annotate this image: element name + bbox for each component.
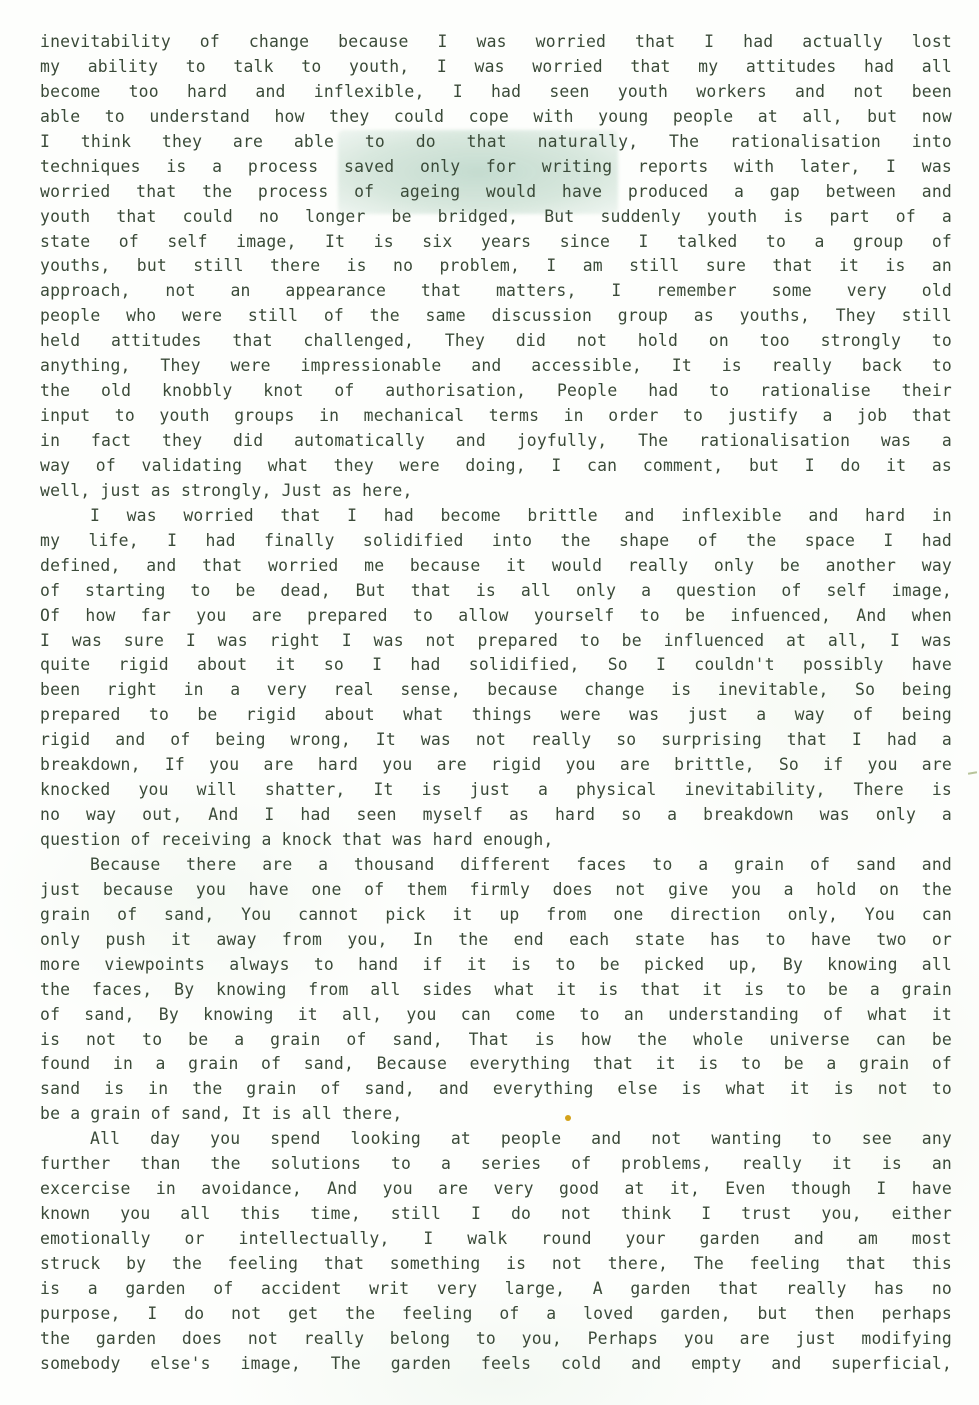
text-line: prepared to be rigid about what things w…	[40, 703, 952, 728]
text-line: been right in a very real sense, because…	[40, 678, 952, 703]
text-line: emotionally or intellectually, I walk ro…	[40, 1227, 952, 1252]
text-line: excercise in avoidance, And you are very…	[40, 1177, 952, 1202]
text-line: people who were still of the same discus…	[40, 304, 952, 329]
text-line: inevitability of change because I was wo…	[40, 30, 952, 55]
text-line: the garden does not really belong to you…	[40, 1327, 952, 1352]
text-line: I was worried that I had become brittle …	[40, 504, 952, 529]
text-line: known you all this time, still I do not …	[40, 1202, 952, 1227]
text-line: knocked you will shatter, It is just a p…	[40, 778, 952, 803]
text-line: of sand, By knowing it all, you can come…	[40, 1003, 952, 1028]
text-line: held attitudes that challenged, They did…	[40, 329, 952, 354]
text-line: anything, They were impressionable and a…	[40, 354, 952, 379]
text-line: worried that the process of ageing would…	[40, 180, 952, 205]
text-line: Of how far you are prepared to allow you…	[40, 604, 952, 629]
text-line: breakdown, If you are hard you are rigid…	[40, 753, 952, 778]
text-line: techniques is a process saved only for w…	[40, 155, 952, 180]
text-line: my ability to talk to youth, I was worri…	[40, 55, 952, 80]
paragraph: Because there are a thousand different f…	[40, 853, 952, 1127]
text-line: All day you spend looking at people and …	[40, 1127, 952, 1152]
text-line: youths, but still there is no problem, I…	[40, 254, 952, 279]
text-line: rigid and of being wrong, It was not rea…	[40, 728, 952, 753]
text-line: youth that could no longer be bridged, B…	[40, 205, 952, 230]
text-line: just because you have one of them firmly…	[40, 878, 952, 903]
text-line: found in a grain of sand, Because everyt…	[40, 1052, 952, 1077]
text-line: I was sure I was right I was not prepare…	[40, 629, 952, 654]
text-line: purpose, I do not get the feeling of a l…	[40, 1302, 952, 1327]
text-line: quite rigid about it so I had solidified…	[40, 653, 952, 678]
text-line: be a grain of sand, It is all there,	[40, 1102, 952, 1127]
text-line: the faces, By knowing from all sides wha…	[40, 978, 952, 1003]
text-line: no way out, And I had seen myself as har…	[40, 803, 952, 828]
text-line: way of validating what they were doing, …	[40, 454, 952, 479]
paragraph: All day you spend looking at people and …	[40, 1127, 952, 1376]
typed-document-page: inevitability of change because I was wo…	[40, 30, 952, 1377]
text-line: approach, not an appearance that matters…	[40, 279, 952, 304]
text-line: I think they are able to do that natural…	[40, 130, 952, 155]
paragraph: I was worried that I had become brittle …	[40, 504, 952, 853]
text-line: state of self image, It is six years sin…	[40, 230, 952, 255]
text-line: sand is in the grain of sand, and everyt…	[40, 1077, 952, 1102]
paragraph: inevitability of change because I was wo…	[40, 30, 952, 504]
margin-mark	[968, 771, 977, 775]
text-line: the old knobbly knot of authorisation, P…	[40, 379, 952, 404]
text-line: well, just as strongly, Just as here,	[40, 479, 952, 504]
text-line: only push it away from you, In the end e…	[40, 928, 952, 953]
text-line: more viewpoints always to hand if it is …	[40, 953, 952, 978]
text-line: question of receiving a knock that was h…	[40, 828, 952, 853]
text-line: somebody else's image, The garden feels …	[40, 1352, 952, 1377]
text-line: able to understand how they could cope w…	[40, 105, 952, 130]
text-line: Because there are a thousand different f…	[40, 853, 952, 878]
text-line: struck by the feeling that something is …	[40, 1252, 952, 1277]
text-line: grain of sand, You cannot pick it up fro…	[40, 903, 952, 928]
text-line: is a garden of accident writ very large,…	[40, 1277, 952, 1302]
text-line: further than the solutions to a series o…	[40, 1152, 952, 1177]
text-line: my life, I had finally solidified into t…	[40, 529, 952, 554]
text-line: is not to be a grain of sand, That is ho…	[40, 1028, 952, 1053]
text-line: input to youth groups in mechanical term…	[40, 404, 952, 429]
text-line: of starting to be dead, But that is all …	[40, 579, 952, 604]
text-line: defined, and that worried me because it …	[40, 554, 952, 579]
text-line: become too hard and inflexible, I had se…	[40, 80, 952, 105]
text-line: in fact they did automatically and joyfu…	[40, 429, 952, 454]
